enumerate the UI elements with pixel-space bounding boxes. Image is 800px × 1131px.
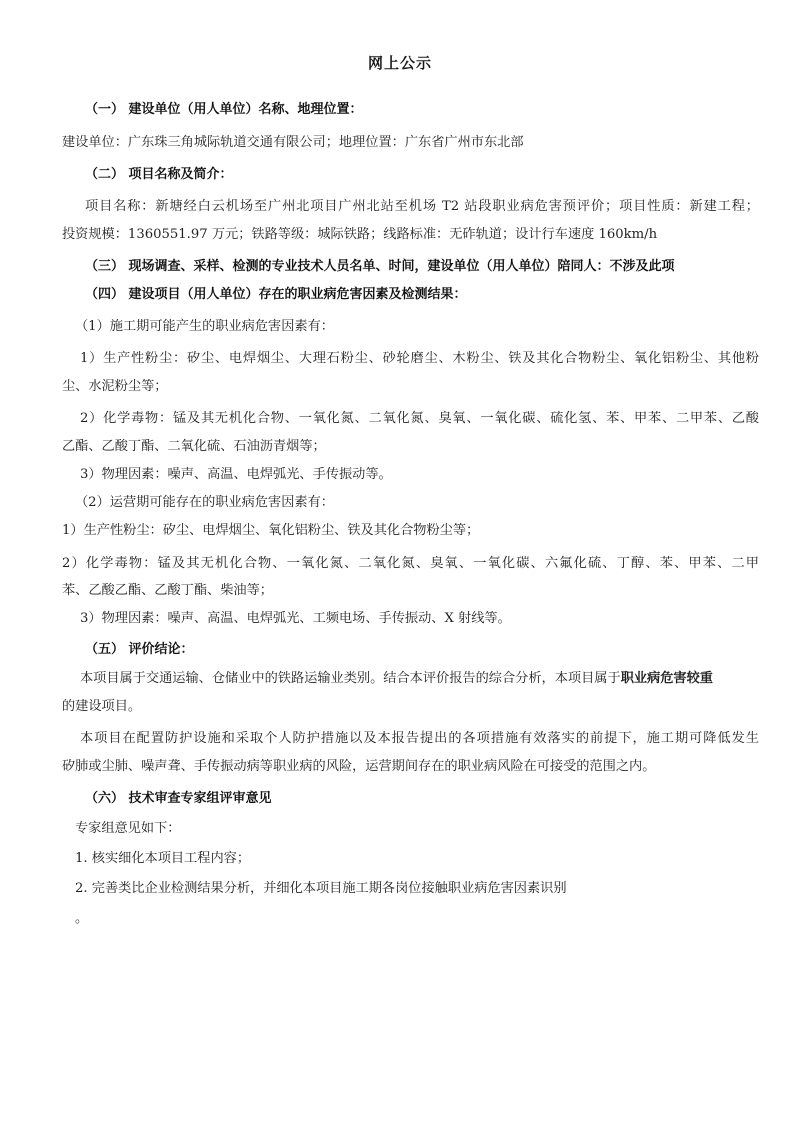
operation-chem-line2: 苯、乙酸乙酯、乙酸丁酯、柴油等；: [62, 582, 273, 600]
section-2-heading: （二） 项目名称及简介：: [85, 166, 233, 184]
section-2-project-line1: 项目名称：新塘经白云机场至广州北项目广州北站至机场 T2 站段职业病危害预评价；…: [85, 198, 759, 216]
operation-chem-line1: 2）化学毒物：锰及其无机化合物、一氧化氮、二氧化氮、臭氧、一氧化碳、六氟化硫、丁…: [62, 555, 759, 573]
construction-phys: 3）物理因素：噪声、高温、电焊弧光、手传振动等。: [80, 466, 392, 484]
document-page: 网上公示 （一） 建设单位（用人单位）名称、地理位置： 建设单位：广东珠三角城际…: [0, 0, 800, 1131]
section-1-body: 建设单位：广东珠三角城际轨道交通有限公司；地理位置：广东省广州市东北部: [62, 134, 524, 152]
page-title: 网上公示: [0, 52, 800, 73]
construction-dust-line2: 尘、水泥粉尘等；: [62, 378, 168, 396]
section-3-heading: （三） 现场调查、采样、检测的专业技术人员名单、时间，建设单位（用人单位）陪同人…: [85, 258, 675, 276]
expert-item-1: 1. 核实细化本项目工程内容；: [75, 850, 250, 868]
expert-item-2: 2. 完善类比企业检测结果分析，并细化本项目施工期各岗位接触职业病危害因素识别: [75, 880, 567, 898]
section-1-heading: （一） 建设单位（用人单位）名称、地理位置：: [85, 101, 363, 119]
conclusion-p1-text: 本项目属于交通运输、仓储业中的铁路运输业类别。结合本评价报告的综合分析，本项目属…: [80, 671, 621, 686]
conclusion-p2-line2: 矽肺或尘肺、噪声聋、手传振动病等职业病的风险，运营期间存在的职业病风险在可接受的…: [62, 758, 655, 776]
expert-intro: 专家组意见如下：: [75, 820, 181, 838]
operation-dust: 1）生产性粉尘：矽尘、电焊烟尘、氧化铝粉尘、铁及其化合物粉尘等；: [62, 522, 479, 540]
conclusion-p1-line1: 本项目属于交通运输、仓储业中的铁路运输业类别。结合本评价报告的综合分析，本项目属…: [80, 670, 759, 688]
section-5-heading: （五） 评价结论：: [85, 641, 194, 659]
section-2-project-line2: 投资规模：1360551.97 万元；铁路等级：城际铁路；线路标准：无砟轨道；设…: [62, 226, 657, 244]
operation-period-label: （2）运营期可能存在的职业病危害因素有：: [75, 494, 334, 512]
section-6-heading: （六） 技术审查专家组评审意见: [85, 790, 272, 808]
conclusion-p1-line2: 的建设项目。: [62, 698, 141, 716]
trailing-period: 。: [75, 910, 88, 928]
construction-chem-line2: 乙酯、乙酸丁酯、二氧化硫、石油沥青烟等；: [62, 438, 326, 456]
construction-chem-line1: 2）化学毒物：锰及其无机化合物、一氧化氮、二氧化氮、臭氧、一氧化碳、硫化氢、苯、…: [80, 410, 759, 428]
conclusion-p2-line1: 本项目在配置防护设施和采取个人防护措施以及本报告提出的各项措施有效落实的前提下，…: [80, 730, 759, 748]
construction-dust-line1: 1）生产性粉尘：矽尘、电焊烟尘、大理石粉尘、砂轮磨尘、木粉尘、铁及其化合物粉尘、…: [80, 350, 759, 368]
section-4-heading: （四） 建设项目（用人单位）存在的职业病危害因素及检测结果：: [85, 286, 467, 304]
conclusion-hazard-level: 职业病危害较重: [621, 671, 713, 686]
operation-phys: 3）物理因素：噪声、高温、电焊弧光、工频电场、手传振动、X 射线等。: [80, 610, 511, 628]
construction-period-label: （1）施工期可能产生的职业病危害因素有：: [75, 318, 334, 336]
